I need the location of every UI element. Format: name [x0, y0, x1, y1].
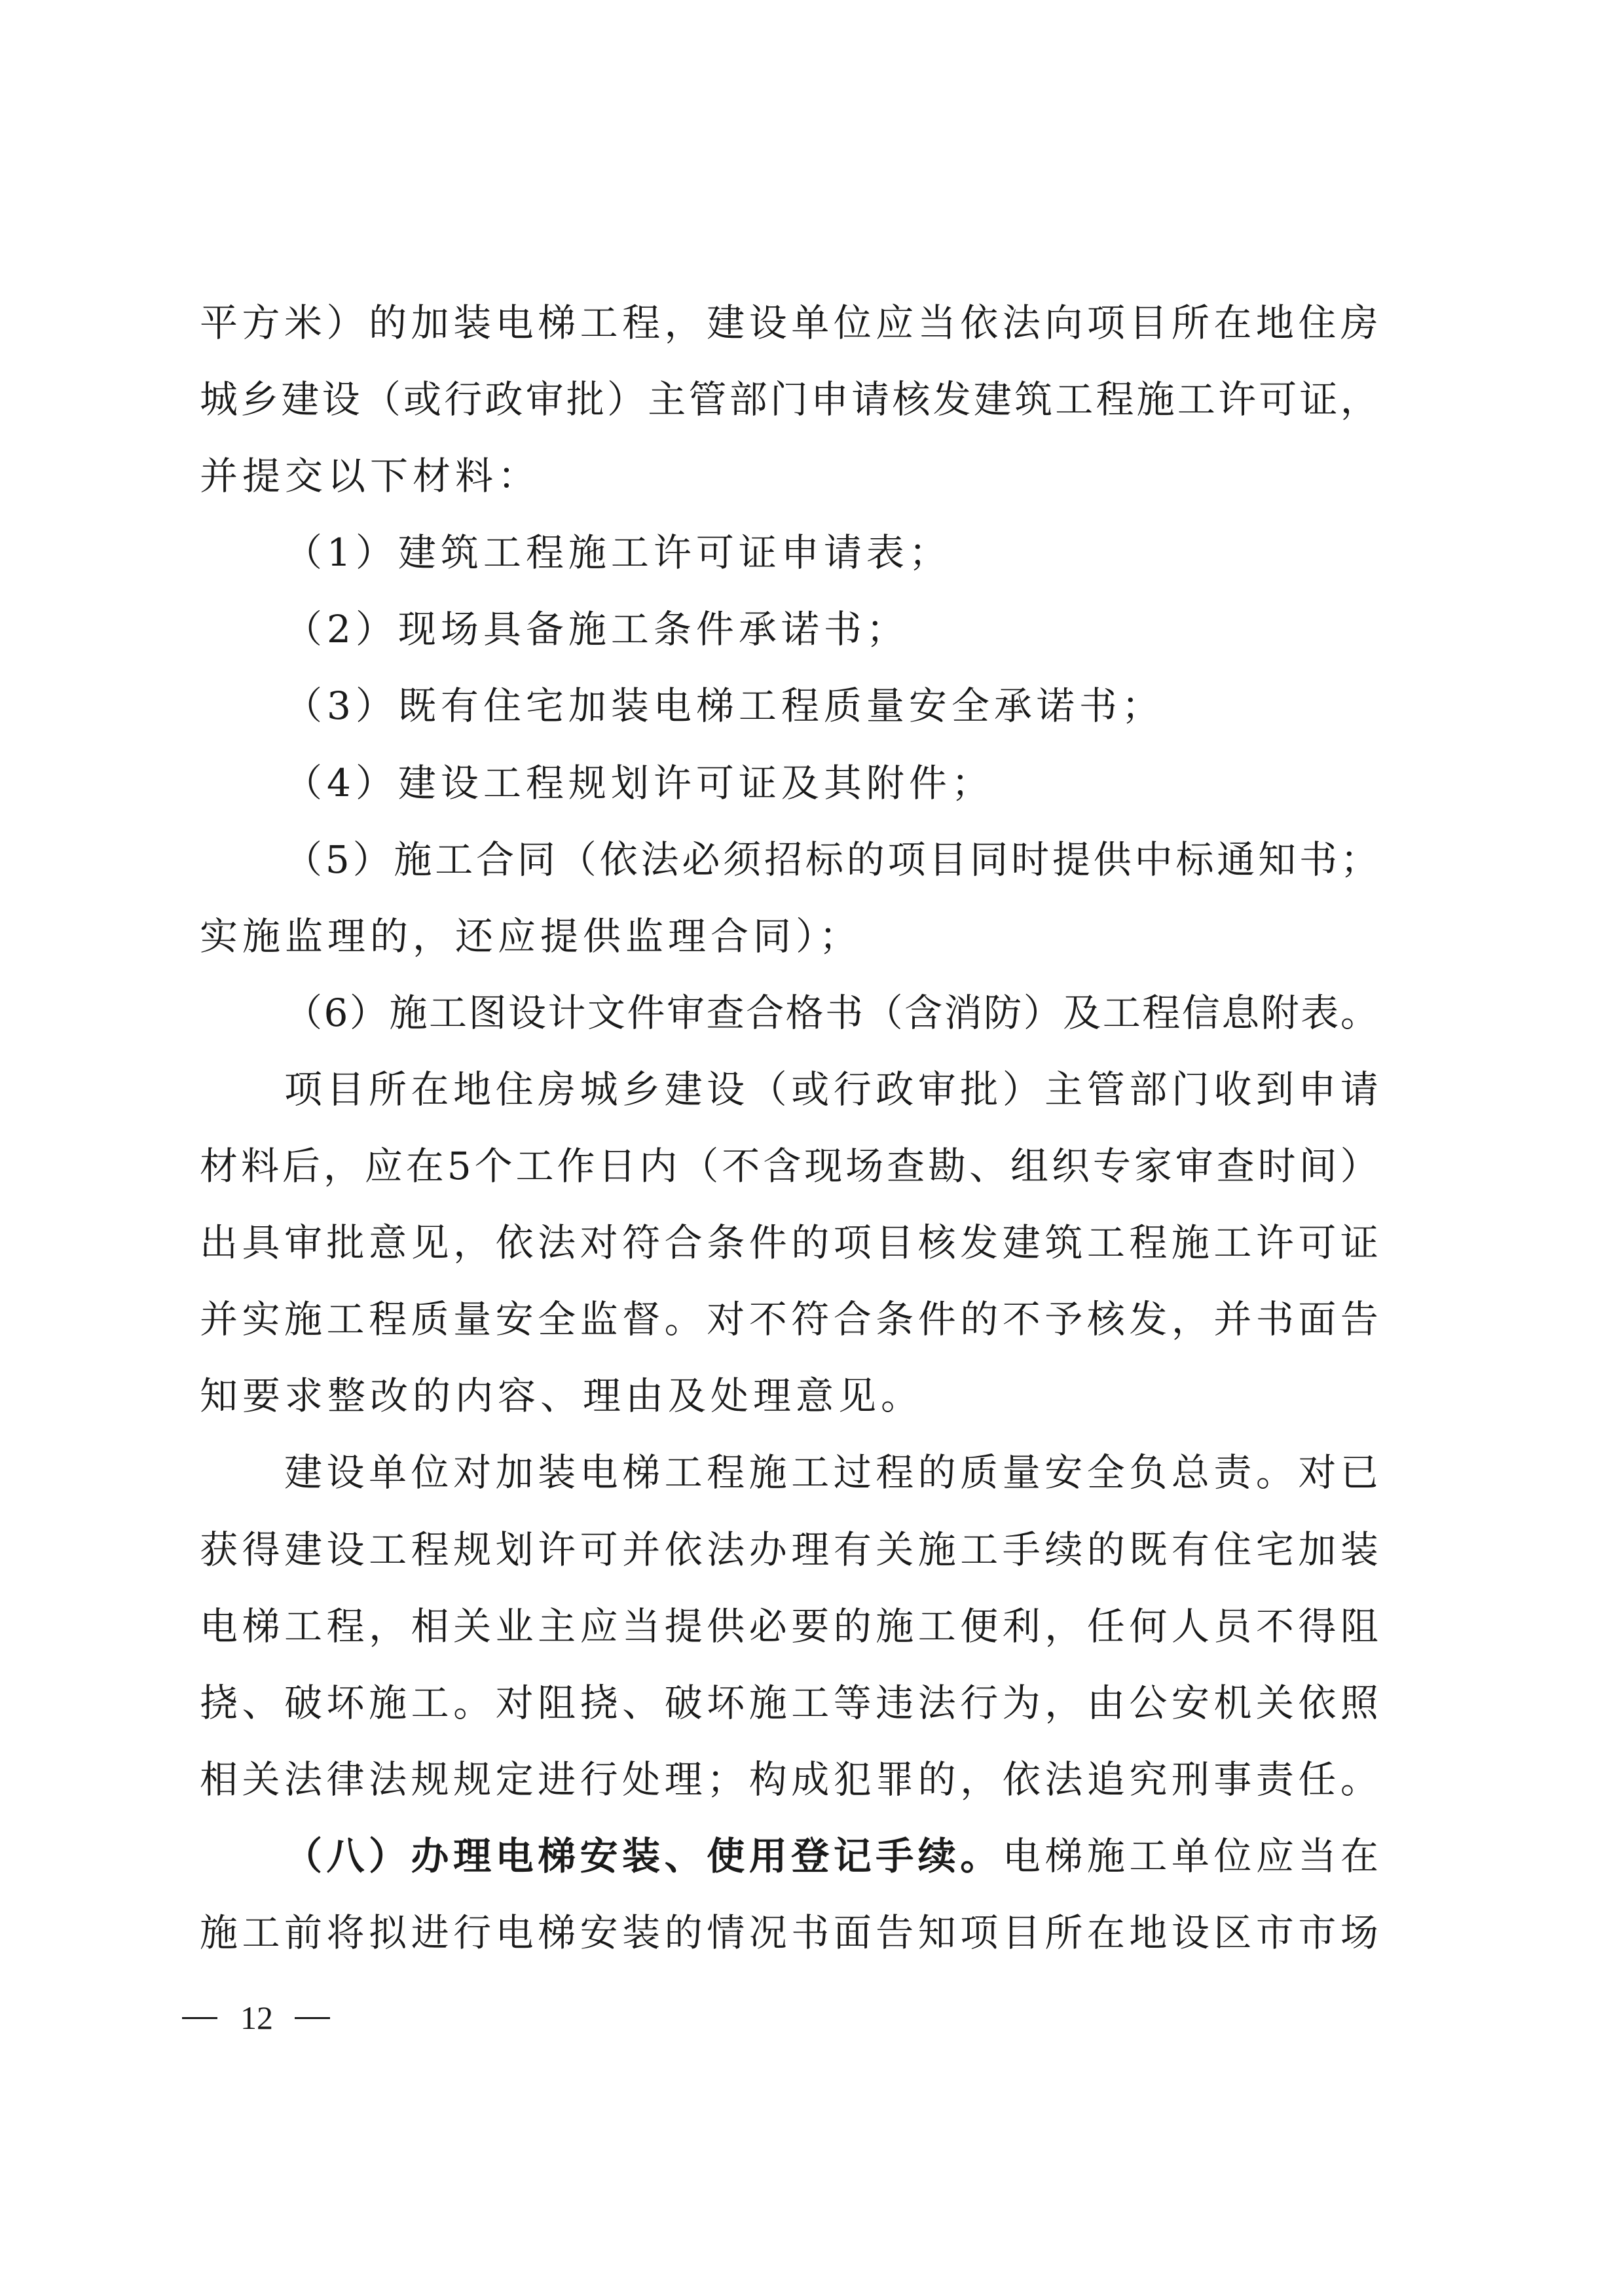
list-item: （5）施工合同（依法必须招标的项目同时提供中标通知书； [200, 822, 1378, 898]
list-item: （6）施工图设计文件审查合格书（含消防）及工程信息附表。 [200, 975, 1378, 1051]
paragraph-line: 项目所在地住房城乡建设（或行政审批）主管部门收到申请 [200, 1051, 1378, 1128]
list-item: （3）既有住宅加装电梯工程质量安全承诺书； [200, 668, 1378, 744]
paragraph-line: 并实施工程质量安全监督。对不符合条件的不予核发，并书面告 [200, 1281, 1378, 1358]
paragraph-line: 并提交以下材料： [200, 438, 1378, 515]
paragraph-line: 知要求整改的内容、理由及处理意见。 [200, 1358, 1378, 1434]
paragraph-line: 获得建设工程规划许可并依法办理有关施工手续的既有住宅加装 [200, 1512, 1378, 1588]
paragraph-line: 出具审批意见，依法对符合条件的项目核发建筑工程施工许可证 [200, 1205, 1378, 1281]
document-page: 平方米）的加装电梯工程，建设单位应当依法向项目所在地住房 城乡建设（或行政审批）… [0, 0, 1624, 2296]
paragraph-text: 电梯施工单位应当在 [1003, 1834, 1378, 1878]
paragraph-line: 相关法律法规规定进行处理；构成犯罪的，依法追究刑事责任。 [200, 1741, 1378, 1818]
list-item-continuation: 实施监理的，还应提供监理合同）； [200, 898, 1378, 975]
section-heading-line: （八）办理电梯安装、使用登记手续。电梯施工单位应当在 [200, 1818, 1378, 1895]
list-item: （4）建设工程规划许可证及其附件； [200, 745, 1378, 822]
section-heading: （八）办理电梯安装、使用登记手续。 [284, 1834, 1003, 1878]
document-body: 平方米）的加装电梯工程，建设单位应当依法向项目所在地住房 城乡建设（或行政审批）… [200, 285, 1378, 1971]
list-item: （2）现场具备施工条件承诺书； [200, 591, 1378, 668]
list-item: （1）建筑工程施工许可证申请表； [200, 515, 1378, 591]
paragraph-line: 挠、破坏施工。对阻挠、破坏施工等违法行为，由公安机关依照 [200, 1665, 1378, 1741]
paragraph-line: 施工前将拟进行电梯安装的情况书面告知项目所在地设区市市场 [200, 1895, 1378, 1971]
page-number: 12 [182, 1998, 330, 2037]
paragraph-line: 建设单位对加装电梯工程施工过程的质量安全负总责。对已 [200, 1434, 1378, 1511]
paragraph-line: 材料后，应在5个工作日内（不含现场查勘、组织专家审查时间） [200, 1128, 1378, 1205]
page-number-value: 12 [240, 1998, 273, 2037]
paragraph-line: 城乡建设（或行政审批）主管部门申请核发建筑工程施工许可证， [200, 361, 1378, 438]
paragraph-line: 平方米）的加装电梯工程，建设单位应当依法向项目所在地住房 [200, 285, 1378, 361]
page-number-dash-left [182, 2017, 217, 2019]
paragraph-line: 电梯工程，相关业主应当提供必要的施工便利，任何人员不得阻 [200, 1588, 1378, 1665]
page-number-dash-right [295, 2017, 330, 2019]
